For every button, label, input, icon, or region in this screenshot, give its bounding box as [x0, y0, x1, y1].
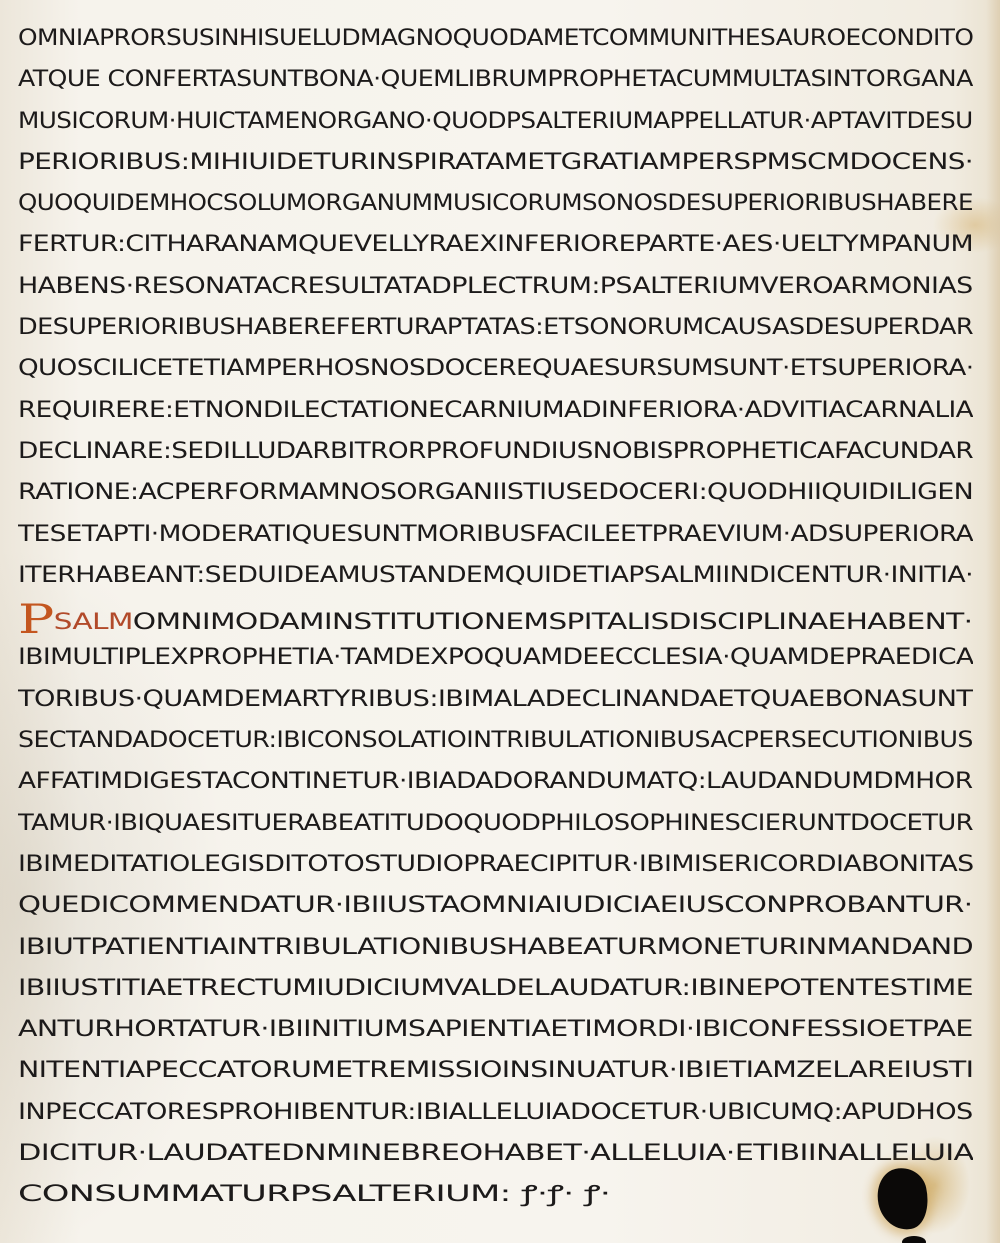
- text-line-10: REQUIRERE:ETNONDILECTATIONECARNIUMADINFE…: [18, 390, 973, 431]
- text-line-9: QUOSCILICETETIAMPERHOSNOSDOCEREQUAESURSU…: [18, 348, 973, 389]
- text-line-12: RATIONE:ACPERFORMAMNOSORGANIISTIUSEDOCER…: [18, 472, 973, 513]
- text-line-21: IBIMEDITATIOLEGISDITOTOSTUDIOPRAECIPITUR…: [18, 844, 973, 885]
- manuscript-text: OMNIAPRORSUSINHISUELUDMAGNOQUODAMETCOMMU…: [18, 18, 994, 1216]
- text-line-6: FERTUR:CITHARANAMQUEVELLYRAEXINFERIOREPA…: [18, 224, 973, 265]
- text-line-7: HABENS·RESONATACRESULTATADPLECTRUM:PSALT…: [18, 266, 973, 307]
- text-line-1: OMNIAPRORSUSINHISUELUDMAGNOQUODAMETCOMMU…: [18, 18, 973, 59]
- text-line-13: TESETAPTI·MODERATIQUESUNTMORIBUSFACILEET…: [18, 514, 973, 555]
- text-line-4: PERIORIBUS:MIHIUIDETURINSPIRATAMETGRATIA…: [18, 142, 973, 183]
- ink-blot-small: [902, 1236, 926, 1243]
- text-line-27: INPECCATORESPROHIBENTUR:IBIALLELUIADOCET…: [18, 1092, 973, 1133]
- text-line-20: TAMUR·IBIQUAESITUERABEATITUDOQUODPHILOSO…: [18, 803, 973, 844]
- text-line-3: MUSICORUM·HUICTAMENORGANO·QUODPSALTERIUM…: [18, 101, 973, 142]
- text-line-18: SECTANDADOCETUR:IBICONSOLATIOINTRIBULATI…: [18, 720, 973, 761]
- text-line-14: ITERHABEANT:SEDUIDEAMUSTANDEMQUIDETIAPSA…: [18, 555, 973, 596]
- text-line-24: IBIIUSTITIAETRECTUMIUDICIUMVALDELAUDATUR…: [18, 968, 973, 1009]
- text-line-16: IBIMULTIPLEXPROPHETIA·TAMDEXPOQUAMDEECCL…: [18, 637, 973, 678]
- text-line-28: DICITUR·LAUDATEDNMINEBREOHABET·ALLELUIA·…: [18, 1133, 973, 1174]
- text-line-23: IBIUTPATIENTIAINTRIBULATIONIBUSHABEATURM…: [18, 927, 973, 968]
- manuscript-page: OMNIAPRORSUSINHISUELUDMAGNOQUODAMETCOMMU…: [0, 0, 1000, 1243]
- text-line-19: AFFATIMDIGESTACONTINETUR·IBIADADORANDUMA…: [18, 761, 973, 802]
- text-line-11: DECLINARE:SEDILLUDARBITRORPROFUNDIUSNOBI…: [18, 431, 973, 472]
- rubric-word: SALM: [54, 610, 133, 635]
- text-line-26: NITENTIAPECCATORUMETREMISSIOINSINUATUR·I…: [18, 1050, 973, 1091]
- text-line-5: QUOQUIDEMHOCSOLUMORGANUMMUSICORUMSONOSDE…: [18, 183, 973, 224]
- text-line-29: CONSUMMATURPSALTERIUM: ꝭ·ꝭ· ꝭ·: [18, 1174, 973, 1215]
- text-line-17: TORIBUS·QUAMDEMARTYRIBUS:IBIMALADECLINAN…: [18, 679, 973, 720]
- rubric-initial: P: [18, 597, 54, 637]
- text-line-8: DESUPERIORIBUSHABEREFERTURAPTATAS:ETSONO…: [18, 307, 973, 348]
- text-line-2: ATQUE CONFERTASUNTBONA·QUEMLIBRUMPROPHET…: [18, 59, 973, 100]
- text-line-22: QUEDICOMMENDATUR·IBIIUSTAOMNIAIUDICIAEIU…: [18, 885, 973, 926]
- text-line-15-rubric: PSALMOMNIMODAMINSTITUTIONEMSPITALISDISCI…: [18, 596, 973, 637]
- text-line-25: ANTURHORTATUR·IBIINITIUMSAPIENTIAETIMORD…: [18, 1009, 973, 1050]
- rubric-line-text: OMNIMODAMINSTITUTIONEMSPITALISDISCIPLINA…: [133, 610, 973, 635]
